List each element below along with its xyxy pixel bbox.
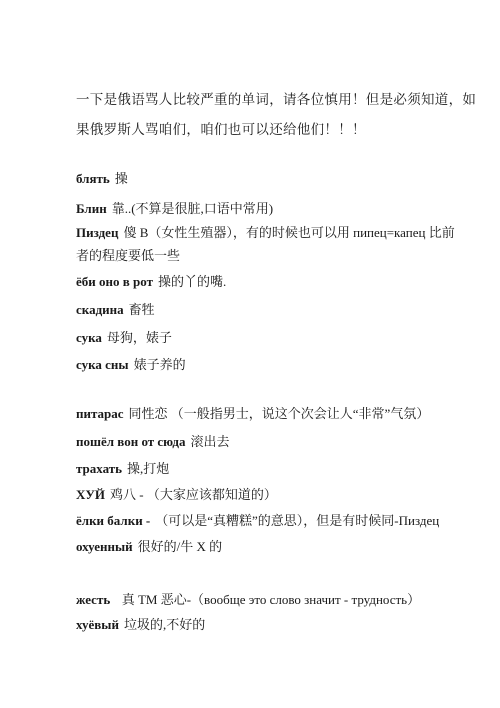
russian-term: блять <box>76 171 110 186</box>
chinese-meaning: 很好的/牛 X 的 <box>138 539 223 554</box>
entry-zhest: жесть 真 TM 恶心-（вообще это слово значит -… <box>76 592 420 608</box>
russian-term: пошёл вон от сюда <box>76 434 185 449</box>
russian-term: сука сны <box>76 357 129 372</box>
chinese-meaning: 操,打炮 <box>127 461 169 476</box>
chinese-meaning: 垃圾的,不好的 <box>124 617 205 632</box>
entry-suka-sny: сука сны婊子养的 <box>76 357 186 373</box>
russian-term: сука <box>76 330 102 345</box>
chinese-meaning: （可以是“真糟糕”的意思），但是有时候同-Пиздец <box>155 513 439 528</box>
chinese-meaning: 操 <box>115 171 128 186</box>
intro-line-1: 一下是俄语骂人比较严重的单词，请各位慎用！但是必须知道，如 <box>76 92 476 108</box>
chinese-meaning: 真 TM 恶心-（вообще это слово значит - трудн… <box>115 592 420 607</box>
russian-term: ХУЙ <box>76 487 105 502</box>
chinese-meaning: 滚出去 <box>190 434 229 449</box>
chinese-meaning: 畜牲 <box>129 302 155 317</box>
russian-term: жесть <box>76 592 110 607</box>
russian-term: скадина <box>76 302 124 317</box>
entry-pizdets-continued: 者的程度要低一些 <box>76 248 180 264</box>
entry-suka: сука母狗，婊子 <box>76 330 172 346</box>
russian-term: охуенный <box>76 539 133 554</box>
chinese-meaning: 同性恋 （一般指男士，说这个次会让人“非常”气氛） <box>129 406 430 421</box>
chinese-meaning: 母狗，婊子 <box>107 330 172 345</box>
russian-term: питарас <box>76 406 124 421</box>
chinese-meaning: 婊子养的 <box>134 357 186 372</box>
entry-skadina: скадина畜牲 <box>76 302 155 318</box>
entry-trakhat: трахать操,打炮 <box>76 461 169 477</box>
chinese-meaning: 操的丫的嘴. <box>158 274 226 289</box>
entry-pitaras: питарас同性恋 （一般指男士，说这个次会让人“非常”气氛） <box>76 406 429 422</box>
document-page: 一下是俄语骂人比较严重的单词，请各位慎用！但是必须知道，如 果俄罗斯人骂咱们，咱… <box>0 0 500 708</box>
chinese-meaning: 鸡八 - （大家应该都知道的） <box>110 487 277 502</box>
russian-term: ёлки балки - <box>76 513 150 528</box>
russian-term: ёби оно в рот <box>76 274 153 289</box>
chinese-meaning: 靠..(不算是很脏,口语中常用) <box>112 201 273 216</box>
russian-term: трахать <box>76 461 122 476</box>
entry-yolki-balki: ёлки балки -（可以是“真糟糕”的意思），但是有时候同-Пиздец <box>76 513 439 529</box>
entry-khui: ХУЙ鸡八 - （大家应该都知道的） <box>76 487 277 503</box>
russian-term: хуёвый <box>76 617 119 632</box>
intro-line-2: 果俄罗斯人骂咱们，咱们也可以还给他们！！！ <box>76 122 366 138</box>
entry-khuyovy: хуёвый垃圾的,不好的 <box>76 617 205 633</box>
entry-blin: Блин靠..(不算是很脏,口语中常用) <box>76 201 273 217</box>
entry-pizdets: Пиздец傻 B（女性生殖器），有的时候也可以用 пипец=капец 比前 <box>76 225 455 241</box>
entry-poshel-von: пошёл вон от сюда滚出去 <box>76 434 229 450</box>
russian-term: Пиздец <box>76 225 118 240</box>
entry-yobi: ёби оно в рот操的丫的嘴. <box>76 274 226 290</box>
russian-term: Блин <box>76 201 107 216</box>
chinese-meaning: 者的程度要低一些 <box>76 248 180 263</box>
chinese-meaning: 傻 B（女性生殖器），有的时候也可以用 пипец=капец 比前 <box>123 225 454 240</box>
entry-blyat: блять操 <box>76 171 128 187</box>
entry-okhuenny: охуенный很好的/牛 X 的 <box>76 539 222 555</box>
